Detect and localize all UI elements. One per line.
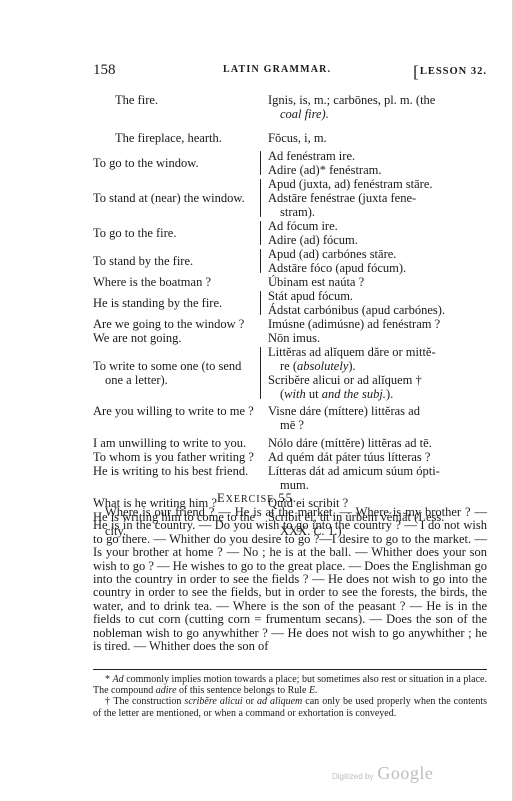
footnote-1: * Ad commonly implies motion towards a p… — [93, 674, 487, 696]
brace-icon — [256, 345, 268, 401]
running-title: LATIN GRAMMAR. — [223, 64, 331, 75]
vocab-row: He is standing by the fire. Stát apud fó… — [93, 289, 487, 317]
digitized-by-google-watermark: Digitized by Google — [332, 763, 433, 784]
vocab-row: To stand by the fire. Apud (ad) carbónes… — [93, 247, 487, 275]
page-number: 158 — [93, 62, 116, 79]
footnote-2: † The construction scribĕre alicui or ad… — [93, 696, 487, 718]
vocab-row: To go to the window. Ad fenéstram ire.Ad… — [93, 149, 487, 177]
vocab-row: He is writing to his best friend. Lítter… — [93, 464, 487, 492]
footnotes: * Ad commonly implies motion towards a p… — [93, 674, 487, 719]
vocab-row: To stand at (near) the window. Apud (jux… — [93, 177, 487, 219]
brace-icon — [256, 247, 268, 275]
brace-icon — [256, 289, 268, 317]
page-header: 158 LATIN GRAMMAR. [LESSON 32. — [93, 62, 487, 80]
vocab-row: Where is the boatman ? Úbinam est naúta … — [93, 275, 487, 289]
vocab-row: The fire. Ignis, is, m.; carbōnes, pl. m… — [93, 93, 487, 121]
vocabulary-list: The fire. Ignis, is, m.; carbōnes, pl. m… — [93, 93, 487, 538]
vocab-row: I am unwilling to write to you. Nólo dár… — [93, 436, 487, 450]
vocab-row: The fireplace, hearth. Fŏcus, i, m. — [93, 131, 487, 145]
lesson-label: [LESSON 32. — [413, 62, 487, 82]
book-page: 158 LATIN GRAMMAR. [LESSON 32. The fire.… — [0, 0, 514, 801]
vocab-row: To write to some one (to sendone a lette… — [93, 345, 487, 401]
vocab-row: We are not going. Nōn imus. — [93, 331, 487, 345]
footnote-divider — [93, 669, 487, 670]
brace-icon — [256, 219, 268, 247]
exercise-title: EXERCISE 55. — [0, 491, 514, 506]
vocab-row: To go to the fire. Ad fócum ire.Adire (a… — [93, 219, 487, 247]
vocab-row: To whom is you father writing ? Ad quém … — [93, 450, 487, 464]
brace-icon — [256, 149, 268, 177]
brace-icon — [256, 177, 268, 219]
exercise-text: Where is our friend ? — He is at the mar… — [93, 506, 487, 653]
vocab-row: Are we going to the window ? Imúsne (adi… — [93, 317, 487, 331]
vocab-row: Are you willing to write to me ? Visne d… — [93, 404, 487, 432]
